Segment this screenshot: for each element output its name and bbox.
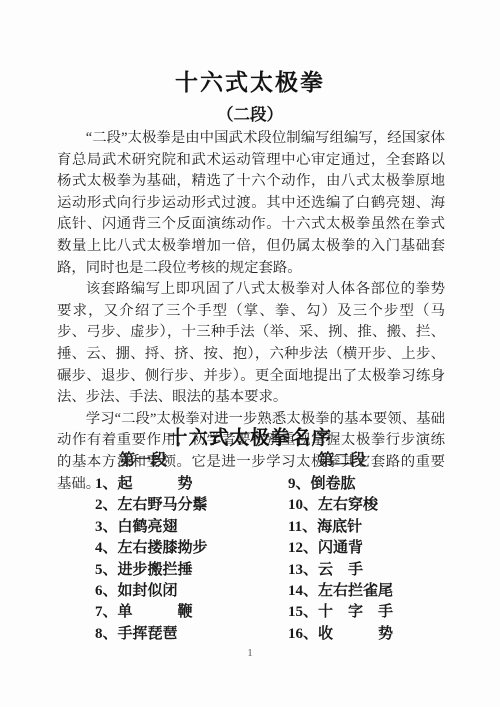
column-2-header: 第二段: [318, 451, 393, 471]
form-item-3: 3、白鹤亮翅: [95, 517, 208, 538]
document-title: 十六式太极拳: [0, 64, 500, 97]
form-item-2: 2、左右野马分鬃: [95, 495, 208, 516]
intro-paragraph-2: 该套路编写上即巩固了八式太极拳对人体各部位的拳势要求，又介绍了三个手型（掌、拳、…: [57, 279, 445, 409]
page-number: 1: [0, 647, 500, 659]
document-subtitle: （二段）: [0, 101, 500, 125]
form-list-column-1: 第一段 1、起 势 2、左右野马分鬃 3、白鹤亮翅 4、左右搂膝拗步 5、进步搬…: [95, 451, 208, 645]
form-item-1: 1、起 势: [95, 474, 208, 495]
form-item-13: 13、云 手: [288, 560, 393, 581]
form-item-12: 12、闪通背: [288, 538, 393, 559]
form-item-8: 8、手挥琵琶: [95, 624, 208, 645]
form-item-7: 7、单 鞭: [95, 602, 208, 623]
form-item-6: 6、如封似闭: [95, 581, 208, 602]
form-item-10: 10、左右穿梭: [288, 495, 393, 516]
column-1-header: 第一段: [119, 451, 208, 471]
form-item-15: 15、十 字 手: [288, 602, 393, 623]
form-list-column-2: 第二段 9、倒卷肱 10、左右穿梭 11、海底针 12、闪通背 13、云 手 1…: [288, 451, 393, 645]
form-item-9: 9、倒卷肱: [288, 474, 393, 495]
document-page: 十六式太极拳 （二段） “二段”太极拳是由中国武术段位制编写组编写，经国家体育总…: [0, 0, 500, 707]
form-item-16: 16、收 势: [288, 624, 393, 645]
form-item-5: 5、进步搬拦捶: [95, 560, 208, 581]
section-heading: 十六式太极拳名序: [0, 422, 500, 450]
form-item-11: 11、海底针: [288, 517, 393, 538]
intro-paragraph-1: “二段”太极拳是由中国武术段位制编写组编写，经国家体育总局武术研究院和武术运动管…: [57, 128, 445, 279]
form-item-14: 14、左右拦雀尾: [288, 581, 393, 602]
form-item-4: 4、左右搂膝拗步: [95, 538, 208, 559]
